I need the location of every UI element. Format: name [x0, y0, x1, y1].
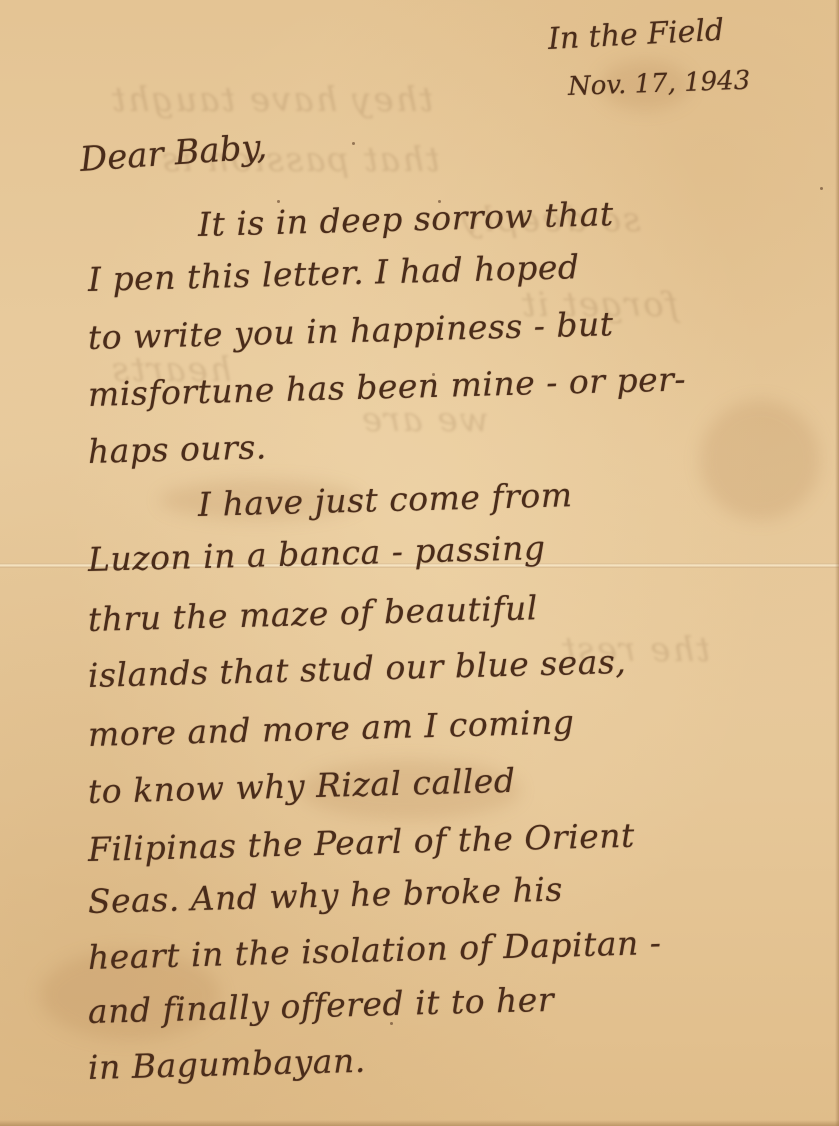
letter-line: in Bagumbayan.: [87, 1041, 366, 1087]
letter-line: Filipinas the Pearl of the Orient: [87, 816, 635, 869]
bleed-through-text: they have taught: [110, 80, 433, 120]
letter-line: haps ours.: [87, 427, 267, 471]
paper-speck: [352, 142, 355, 145]
letter-page: they have taught that passion is so deep…: [0, 0, 839, 1126]
letter-line: more and more am I coming: [87, 702, 574, 754]
letter-line: to write you in happiness - but: [87, 304, 614, 357]
letter-line: heart in the isolation of Dapitan -: [87, 923, 661, 977]
letter-place: In the Field: [547, 13, 725, 57]
paper-edge-right: [835, 0, 839, 1126]
letter-date: Nov. 17, 1943: [567, 66, 750, 102]
letter-line: thru the maze of beautiful: [87, 588, 538, 639]
paper-stain: [700, 400, 820, 520]
letter-line: islands that stud our blue seas,: [87, 642, 626, 695]
letter-line: Seas. And why he broke his: [87, 870, 563, 921]
paper-speck: [820, 187, 823, 190]
letter-line: I pen this letter. I had hoped: [87, 247, 580, 299]
paper-edge-bottom: [0, 1120, 839, 1126]
letter-line: I have just come from: [197, 475, 573, 524]
letter-line: Luzon in a banca - passing: [87, 528, 545, 579]
